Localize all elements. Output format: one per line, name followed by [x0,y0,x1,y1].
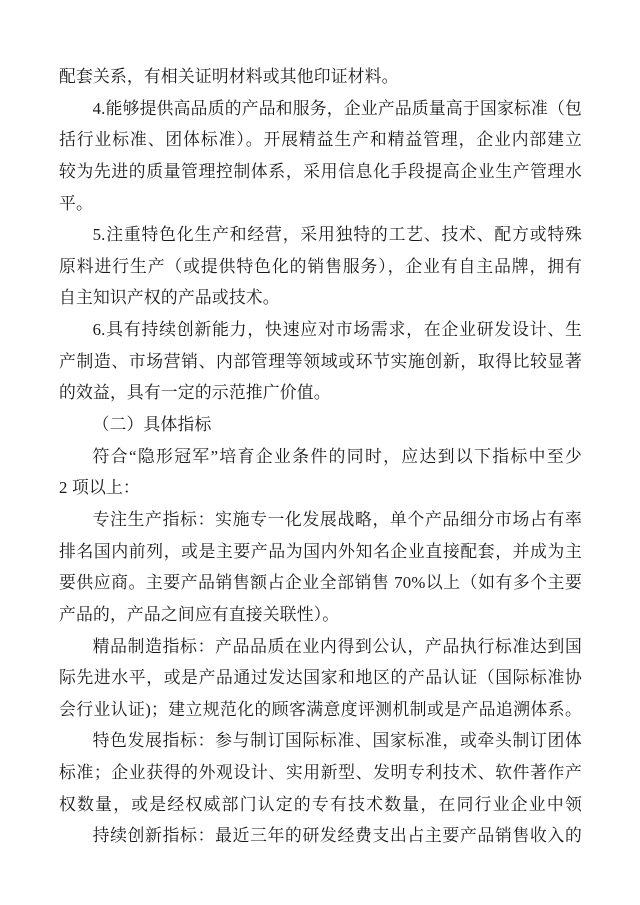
text-line: 自主知识产权的产品或技术。 [59,282,582,314]
text-line: 精品制造指标：产品品质在业内得到公认，产品执行标准达到国 [59,631,582,663]
text-line: 平。 [59,188,582,220]
text-line: 的效益，具有一定的示范推广价值。 [59,377,582,409]
text-line: 排名国内前列，或是主要产品为国内外知名企业直接配套，并成为主 [59,536,582,568]
text-line: 会行业认证)；建立规范化的顾客满意度评测机制或是产品追溯体系。 [59,694,582,726]
text-line: 专注生产指标：实施专一化发展战略，单个产品细分市场占有率 [59,504,582,536]
document-text-block: 配套关系，有相关证明材料或其他印证材料。 4.能够提供高品质的产品和服务，企业产… [59,61,582,852]
text-line: 4.能够提供高品质的产品和服务，企业产品质量高于国家标准（包 [59,93,582,125]
text-line: 较为先进的质量管理控制体系，采用信息化手段提高企业生产管理水 [59,156,582,188]
text-line: 特色发展指标：参与制订国际标准、国家标准，或牵头制订团体 [59,725,582,757]
section-heading: （二）具体指标 [59,409,582,441]
text-line: 权数量，或是经权威部门认定的专有技术数量，在同行业企业中领先。 [59,789,582,821]
text-line: 标准；企业获得的外观设计、实用新型、发明专利技术、软件著作产 [59,757,582,789]
text-line: 配套关系，有相关证明材料或其他印证材料。 [59,61,582,93]
text-line: 原料进行生产（或提供特色化的销售服务），企业有自主品牌，拥有 [59,251,582,283]
text-line: 持续创新指标：最近三年的研发经费支出占主要产品销售收入的 [59,820,582,852]
text-line: 产品的，产品之间应有直接关联性）。 [59,599,582,631]
text-line: 括行业标准、团体标准）。开展精益生产和精益管理，企业内部建立 [59,124,582,156]
text-line: 际先进水平，或是产品通过发达国家和地区的产品认证（国际标准协 [59,662,582,694]
text-line: 2 项以上： [59,472,582,504]
text-line: 符合“隐形冠军”培育企业条件的同时，应达到以下指标中至少 [59,441,582,473]
text-line: 产制造、市场营销、内部管理等领域或环节实施创新，取得比较显著 [59,346,582,378]
document-page: 配套关系，有相关证明材料或其他印证材料。 4.能够提供高品质的产品和服务，企业产… [0,0,640,905]
text-line: 5.注重特色化生产和经营，采用独特的工艺、技术、配方或特殊 [59,219,582,251]
text-line: 6.具有持续创新能力，快速应对市场需求，在企业研发设计、生 [59,314,582,346]
text-line: 要供应商。主要产品销售额占企业全部销售 70%以上（如有多个主要 [59,567,582,599]
